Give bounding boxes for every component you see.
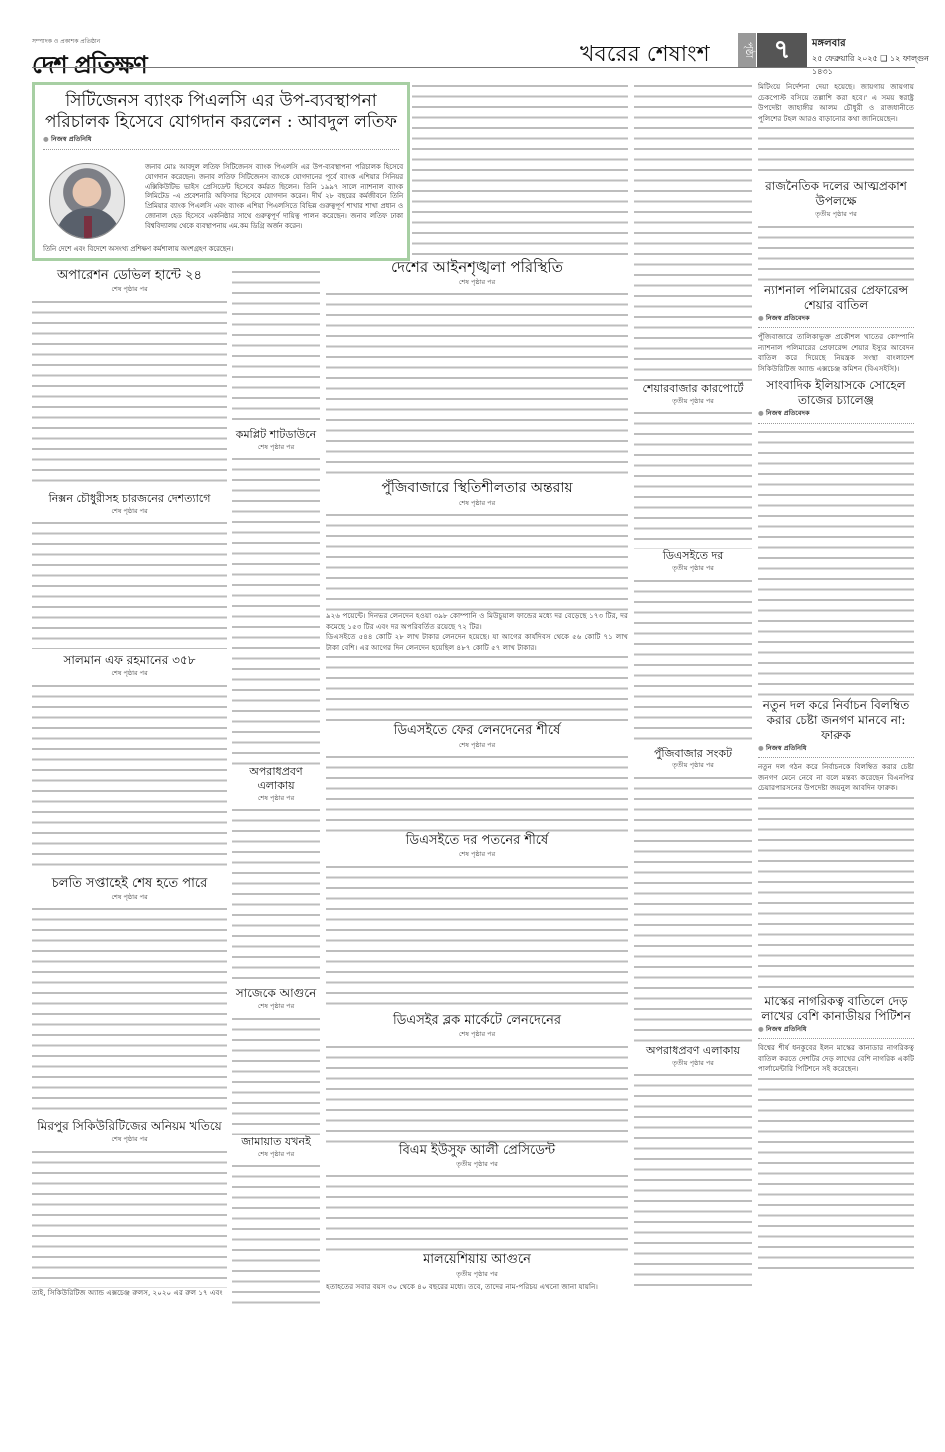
masthead: সম্পাদক ও প্রকাশক প্রতিষ্ঠান দেশ প্রতিক্… xyxy=(0,0,945,80)
farooq-text: নতুন দল গঠন করে নির্বাচনকে বিলম্বিত করার… xyxy=(758,762,914,794)
article-headline[interactable]: কমপ্লিট শাটডাউনে xyxy=(232,428,320,442)
brand: সম্পাদক ও প্রকাশক প্রতিষ্ঠান দেশ প্রতিক্… xyxy=(32,36,147,87)
page-number: ৭ xyxy=(757,33,807,67)
byline: নিজস্ব প্রতিবেদক xyxy=(758,313,914,324)
article-headline[interactable]: সাজেকে আগুনে xyxy=(232,986,320,1001)
article-headline[interactable]: নিক্সন চৌধুরীসহ চারজনের দেশত্যাগে xyxy=(32,492,227,506)
continued-label: তৃতীয় পৃষ্ঠার পর xyxy=(326,1269,628,1280)
continued-label: তৃতীয় পৃষ্ঠার পর xyxy=(326,1159,628,1170)
article-headline[interactable]: রাজনৈতিক দলের আত্মপ্রকাশ উপলক্ষে xyxy=(758,179,914,209)
column-4: শেয়ারবাজার কারপোর্টে তৃতীয় পৃষ্ঠার পর … xyxy=(634,82,752,1360)
article-headline[interactable]: চলতি সপ্তাহেই শেষ হতে পারে xyxy=(32,876,227,892)
article-headline[interactable]: পুঁজিবাজারে স্থিতিশীলতার অন্তরায় xyxy=(326,480,628,498)
continued-label: শেষ পৃষ্ঠার পর xyxy=(232,1001,320,1012)
article-headline[interactable]: অপরাধপ্রবণ এলাকায় xyxy=(232,765,320,793)
musk-text: বিশ্বের শীর্ষ ধনকুবের ইলন মাস্কের কানাডা… xyxy=(758,1043,914,1075)
date-box: মঙ্গলবার ২৫ ফেব্রুয়ারি ২০২৫ ❑ ১২ ফাল্গু… xyxy=(812,36,945,79)
article-headline[interactable]: সাংবাদিক ইলিয়াসকে সোহেল তাজের চ্যালেঞ্জ xyxy=(758,378,914,408)
article-headline[interactable]: জামায়াত যখনই xyxy=(232,1135,320,1149)
byline: নিজস্ব প্রতিবেদক xyxy=(758,408,914,419)
dse-index-text: ৯২৬ পয়েন্টে। দিনভর লেনদেন হওয়া ৩৯৮ কোম… xyxy=(326,611,628,632)
dse-volume-text: ডিএসইতে ৫৪৪ কোটি ২৮ লাখ টাকার লেনদেন হয়… xyxy=(326,632,628,653)
malaysia-text: হতাহতের সবার বয়স ৩০ থেকে ৪০ বছরের মধ্যে… xyxy=(326,1282,628,1293)
continued-label: তৃতীয় পৃষ্ঠার পর xyxy=(634,1058,752,1069)
article-headline[interactable]: পুঁজিবাজার সংকট xyxy=(634,747,752,761)
continued-label: শেষ পৃষ্ঠার পর xyxy=(232,1149,320,1160)
continued-label: তৃতীয় পৃষ্ঠার পর xyxy=(634,760,752,771)
continued-label: তৃতীয় পৃষ্ঠার পর xyxy=(634,563,752,574)
article-headline[interactable]: ডিএসইর ব্লক মার্কেটে লেনদেনের xyxy=(326,1013,628,1029)
continued-label: শেষ পৃষ্ঠার পর xyxy=(232,442,320,453)
article-headline[interactable]: ডিএসইতে দর পতনের শীর্ষে xyxy=(326,833,628,849)
continued-label: শেষ পৃষ্ঠার পর xyxy=(232,793,320,804)
article-headline[interactable]: অপারেশন ডেভিল হান্টে ২৪ xyxy=(32,268,227,284)
continued-label: শেষ পৃষ্ঠার পর xyxy=(32,1134,227,1145)
header-rule xyxy=(32,67,915,68)
continued-label: শেষ পৃষ্ঠার পর xyxy=(32,506,227,517)
continued-label: শেষ পৃষ্ঠার পর xyxy=(32,284,227,295)
continued-label: শেষ পৃষ্ঠার পর xyxy=(326,849,628,860)
article-headline[interactable]: শেয়ারবাজার কারপোর্টে xyxy=(634,382,752,396)
article-headline[interactable]: ডিএসইতে দর xyxy=(634,549,752,563)
article-text xyxy=(32,1148,227,1288)
tagline: সম্পাদক ও প্রকাশক প্রতিষ্ঠান xyxy=(32,36,147,47)
page-label: পৃষ্ঠা xyxy=(738,33,756,67)
section-title: খবরের শেষাংশ xyxy=(580,37,710,74)
column-5: মিটিংয়ে নির্দেশনা দেয়া হয়েছে। জায়গায… xyxy=(758,82,914,1360)
continued-label: শেষ পৃষ্ঠার পর xyxy=(326,740,628,751)
continued-label: তৃতীয় পৃষ্ঠার পর xyxy=(758,209,914,220)
column-1: অপারেশন ডেভিল হান্টে ২৪ শেষ পৃষ্ঠার পর ন… xyxy=(32,268,227,1360)
column-2: কমপ্লিট শাটডাউনে শেষ পৃষ্ঠার পর অপরাধপ্র… xyxy=(232,268,320,1360)
continued-label: শেষ পৃষ্ঠার পর xyxy=(32,892,227,903)
continued-label: তৃতীয় পৃষ্ঠার পর xyxy=(634,396,752,407)
article-headline[interactable]: অপরাধপ্রবণ এলাকায় xyxy=(634,1044,752,1058)
article-headline[interactable]: ডিএসইতে ফের লেনদেনের শীর্ষে xyxy=(326,723,628,739)
article-headline[interactable]: বিএম ইউসুফ আলী প্রেসিডেন্ট xyxy=(326,1143,628,1159)
article-headline[interactable]: নতুন দল করে নির্বাচন বিলম্বিত করার চেষ্ট… xyxy=(758,698,914,743)
portrait-photo xyxy=(49,163,125,239)
article-text xyxy=(32,519,227,649)
article-headline[interactable]: দেশের আইনশৃঙ্খলা পরিস্থিতি xyxy=(326,258,628,277)
weekday: মঙ্গলবার xyxy=(812,36,945,53)
byline: নিজস্ব প্রতিনিধি xyxy=(758,743,914,754)
continued-label: শেষ পৃষ্ঠার পর xyxy=(326,277,628,288)
article-headline[interactable]: ন্যাশনাল পলিমারের প্রেফারেন্স শেয়ার বাত… xyxy=(758,283,914,313)
article-headline[interactable]: সালমান এফ রহমানের ৩৫৮ xyxy=(32,653,227,668)
column-3: দেশের আইনশৃঙ্খলা পরিস্থিতি শেষ পৃষ্ঠার প… xyxy=(326,82,628,1360)
law-order-text: মিটিংয়ে নির্দেশনা দেয়া হয়েছে। জায়গায… xyxy=(758,82,914,124)
polymer-text: পুঁজিবাজারে তালিকাভুক্ত প্রকৌশল খাতের কো… xyxy=(758,332,914,374)
article-headline[interactable]: মাস্কের নাগরিকত্ব বাতিলে দেড় লাখের বেশি… xyxy=(758,994,914,1024)
article-headline[interactable]: মিরপুর সিকিউরিটিজের অনিয়ম খতিয়ে xyxy=(32,1119,227,1134)
article-text xyxy=(32,682,227,872)
article-text xyxy=(32,298,227,488)
date: ২৫ ফেব্রুয়ারি ২০২৫ ❑ ১২ ফাল্গুন ১৪৩১ xyxy=(812,53,945,79)
article-text: তাই, সিকিউরিটিজ অ্যান্ড এক্সচেঞ্জ রুলস, … xyxy=(32,1288,227,1299)
article-text xyxy=(32,905,227,1115)
byline: নিজস্ব প্রতিনিধি xyxy=(758,1024,914,1035)
article-headline[interactable]: মালয়েশিয়ায় আগুনে xyxy=(326,1252,628,1268)
continued-label: শেষ পৃষ্ঠার পর xyxy=(32,668,227,679)
continued-label: শেষ পৃষ্ঠার পর xyxy=(326,498,628,509)
continued-label: শেষ পৃষ্ঠার পর xyxy=(326,1029,628,1040)
